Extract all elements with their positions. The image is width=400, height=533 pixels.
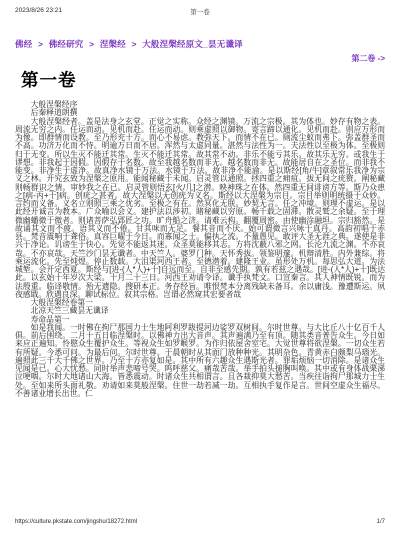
breadcrumb-link-niepanjing[interactable]: 涅槃经: [100, 39, 126, 49]
page-indicator: 1/7: [377, 519, 385, 525]
print-page: 2023/8/26 23:21 第一卷 佛经 > 佛经研究 > 涅槃经 > 大般…: [0, 0, 400, 533]
page-title: 第一卷: [21, 67, 385, 92]
source-url: https://culture.pkstate.com/jingshu/1827…: [15, 519, 137, 525]
next-volume-row: 第二卷 ->: [15, 53, 385, 64]
next-volume-link[interactable]: 第二卷 ->: [351, 54, 385, 63]
breadcrumb: 佛经 > 佛经研究 > 涅槃经 > 大般涅槃经原文_昙无谶译: [15, 38, 385, 50]
breadcrumb-link-fojing-yanjiu[interactable]: 佛经研究: [49, 39, 84, 49]
print-doc-title: 第一卷: [138, 7, 261, 16]
print-header: 2023/8/26 23:21 第一卷: [15, 7, 385, 16]
breadcrumb-link-current-page[interactable]: 大般涅槃经原文_昙无谶译: [142, 39, 243, 49]
breadcrumb-link-fojing[interactable]: 佛经: [15, 39, 32, 49]
translator-line: 北凉天竺三藏昙无谶译: [15, 307, 385, 315]
breadcrumb-separator: >: [38, 39, 43, 49]
article-content: 佛经 > 佛经研究 > 涅槃经 > 大般涅槃经原文_昙无谶译 第二卷 -> 第一…: [15, 38, 385, 507]
print-footer: https://culture.pkstate.com/jingshu/1827…: [15, 519, 385, 525]
print-timestamp: 2023/8/26 23:21: [15, 7, 138, 14]
breadcrumb-separator: >: [131, 39, 136, 49]
breadcrumb-separator: >: [89, 39, 94, 49]
preface-body: 大般涅槃经者。盖是法身之玄堂。正觉之实称。众经之渊镜。万流之宗极。其为体也。妙存…: [15, 118, 385, 300]
sutra-body: 如是我闻。一时佛在拘尸那国力士生地阿利罗跋提河边娑罗双树间。尔时世尊。与大比丘八…: [15, 324, 385, 398]
